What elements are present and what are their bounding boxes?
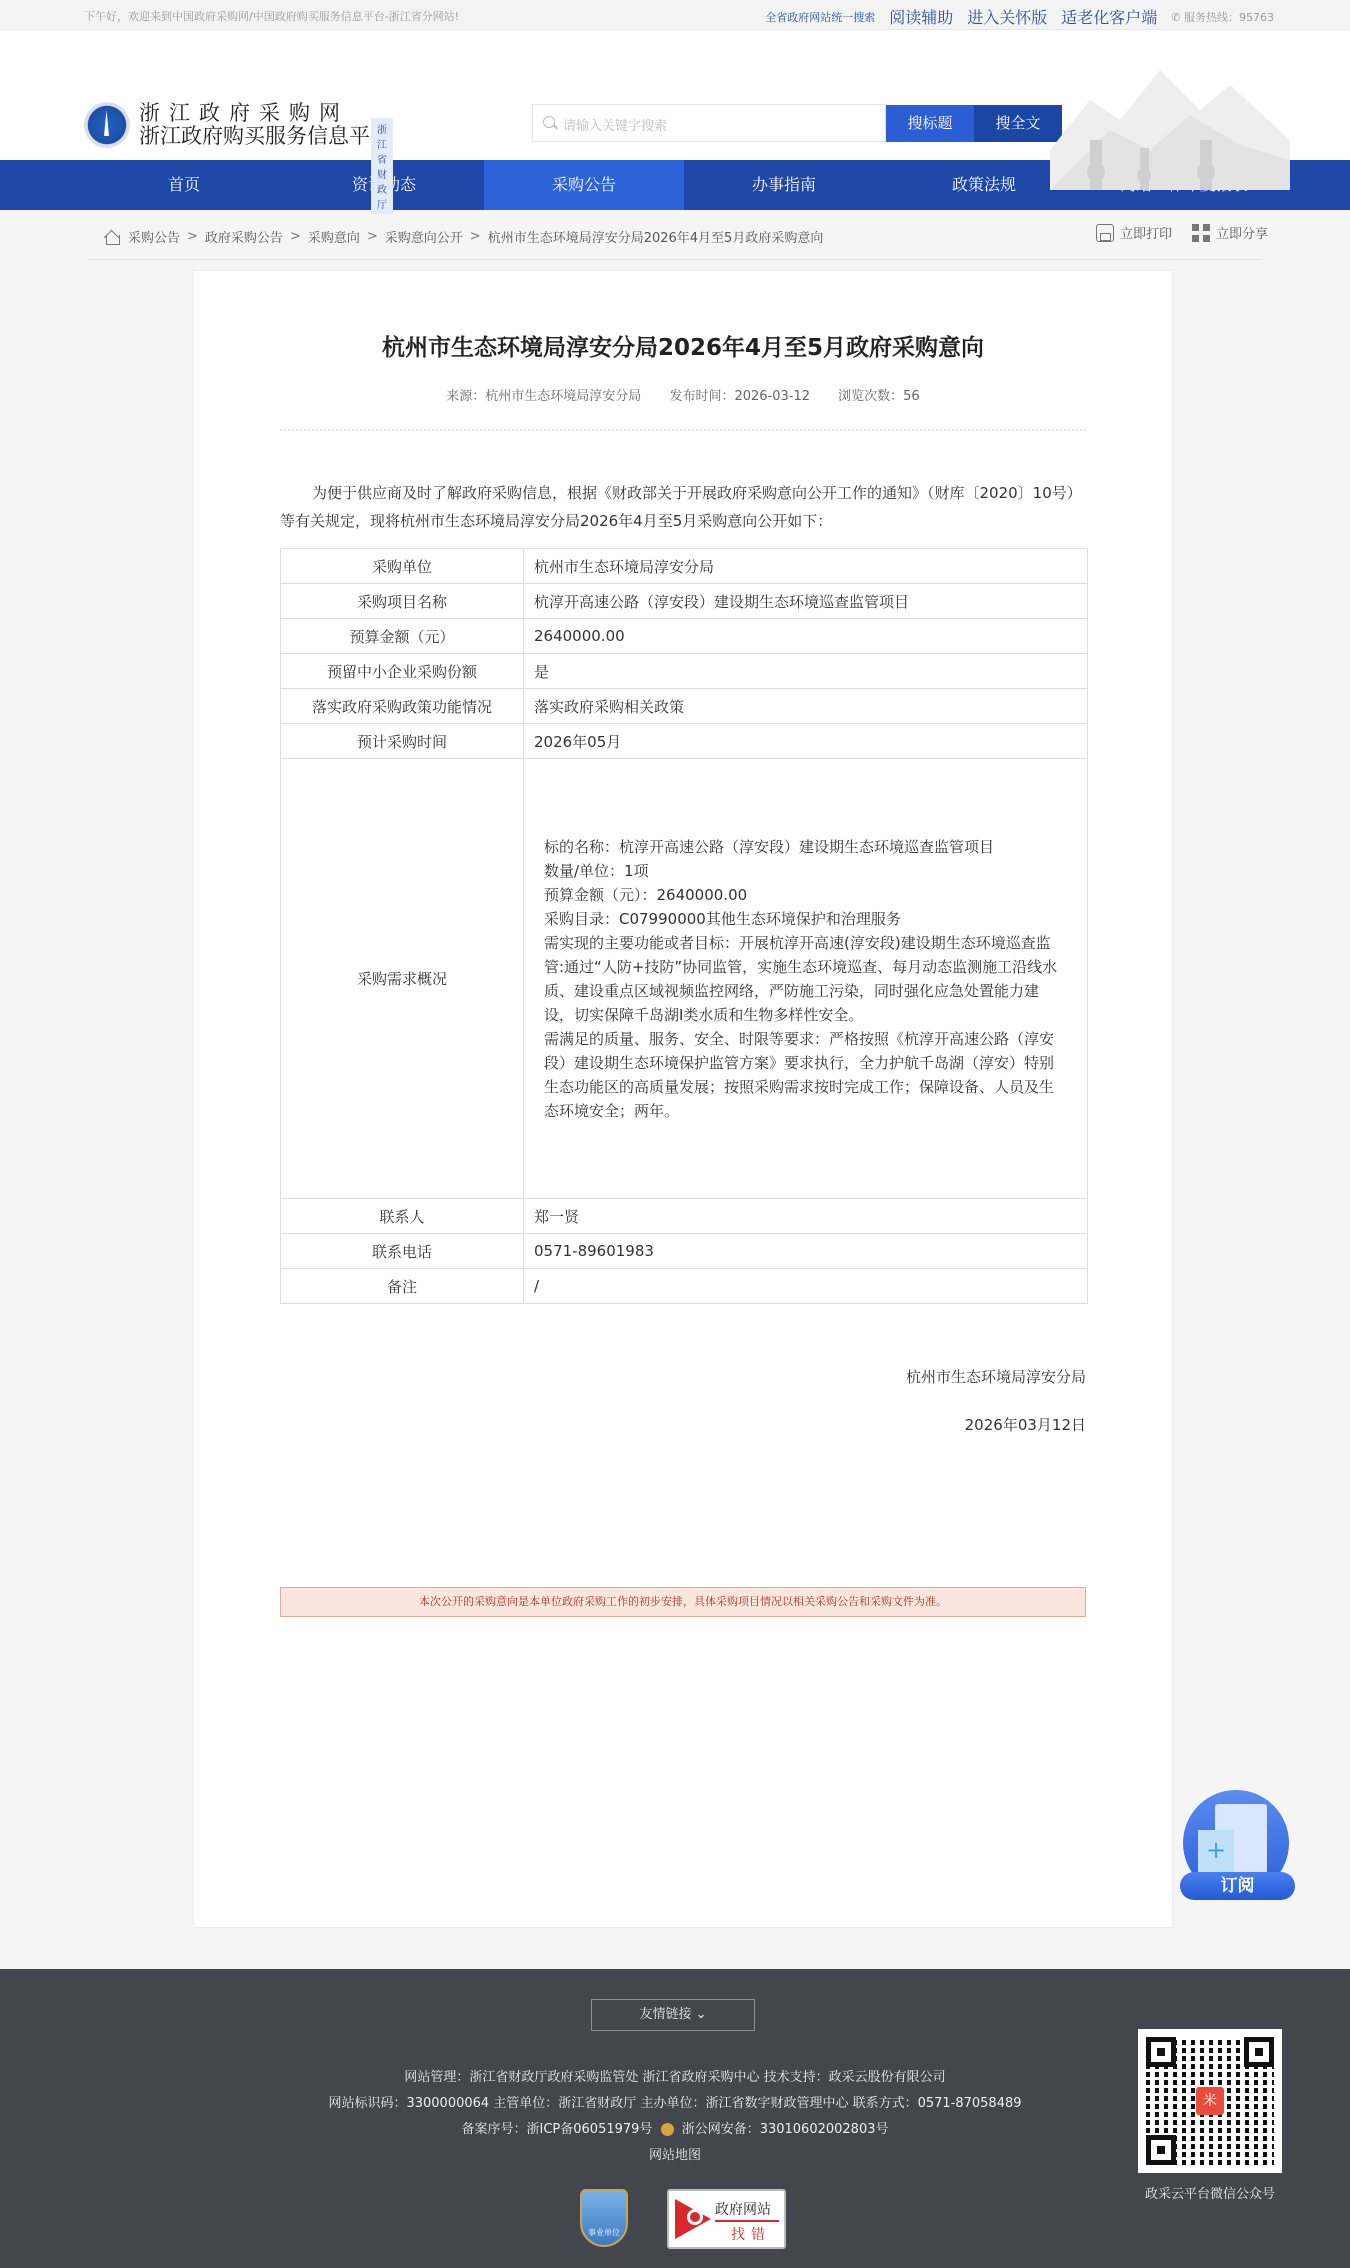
row-label: 采购项目名称 — [281, 584, 524, 619]
signature: 杭州市生态环境局淳安分局 2026年03月12日 — [906, 1353, 1086, 1449]
friend-links-dropdown[interactable]: 友情链接 ⌄ — [591, 1999, 755, 2031]
row-label: 预算金额（元） — [281, 619, 524, 654]
unified-search-link[interactable]: 全省政府网站统一搜索 — [765, 9, 875, 25]
disclaimer-notice: 本次公开的采购意向是本单位政府采购工作的初步安排，具体采购项目情况以相关采购公告… — [280, 1587, 1086, 1617]
row-value: 落实政府采购相关政策 — [524, 689, 1088, 724]
welcome-text: 下午好，欢迎来到中国政府采购网/中国政府购买服务信息平台-浙江省分网站! — [84, 8, 459, 24]
table-row: 采购需求概况标的名称：杭淳开高速公路（淳安段）建设期生态环境巡查监管项目数量/单… — [281, 759, 1088, 1199]
table-row: 采购单位杭州市生态环境局淳安分局 — [281, 549, 1088, 584]
nav-home[interactable]: 首页 — [84, 160, 284, 210]
sign-date: 2026年03月12日 — [906, 1401, 1086, 1449]
printer-icon — [1096, 224, 1114, 242]
icp-link[interactable]: 备案序号：浙ICP备06051979号 — [462, 2122, 653, 2137]
divider — [280, 429, 1086, 431]
sign-org: 杭州市生态环境局淳安分局 — [906, 1353, 1086, 1401]
row-value: / — [524, 1269, 1088, 1304]
site-header: 浙江政府采购网 浙江政府购买服务信息平台 浙江省财政厅 请输入关键字搜索 搜标题… — [0, 30, 1350, 160]
row-label: 采购单位 — [281, 549, 524, 584]
breadcrumb: 采购公告> 政府采购公告> 采购意向> 采购意向公开> 杭州市生态环境局淳安分局… — [104, 227, 823, 246]
procurement-info-table: 采购单位杭州市生态环境局淳安分局采购项目名称杭淳开高速公路（淳安段）建设期生态环… — [280, 548, 1088, 1304]
breadcrumb-current: 杭州市生态环境局淳安分局2026年4月至5月政府采购意向 — [488, 227, 824, 246]
table-row: 预算金额（元）2640000.00 — [281, 619, 1088, 654]
search-title-button[interactable]: 搜标题 — [886, 105, 974, 142]
row-label: 落实政府采购政策功能情况 — [281, 689, 524, 724]
nav-guide[interactable]: 办事指南 — [684, 160, 884, 210]
qr-caption: 政采云平台微信公众号 — [1130, 2183, 1290, 2202]
article-publish-date: 发布时间：2026-03-12 — [669, 389, 810, 404]
zcy-logo-icon: 米 — [1196, 2087, 1224, 2115]
gov-site-error-report-badge[interactable]: 政府网站 找错 — [667, 2189, 786, 2249]
home-icon[interactable] — [104, 229, 120, 244]
divider — [88, 259, 1262, 260]
mountain-pagoda-decoration — [1050, 60, 1290, 190]
row-value: 2026年05月 — [524, 724, 1088, 759]
department-badge: 浙江省财政厅 — [371, 118, 393, 214]
magnifier-icon — [687, 2209, 703, 2225]
phone-icon: ✆ — [1171, 11, 1184, 24]
row-label: 联系电话 — [281, 1234, 524, 1269]
nav-procurement[interactable]: 采购公告 — [484, 160, 684, 210]
plus-icon: + — [1198, 1830, 1234, 1874]
row-value: 郑一贤 — [524, 1199, 1088, 1234]
share-button[interactable]: 立即分享 — [1192, 223, 1268, 242]
article-intro: 为便于供应商及时了解政府采购信息，根据《财政部关于开展政府采购意向公开工作的通知… — [280, 479, 1086, 535]
table-row: 联系电话0571-89601983 — [281, 1234, 1088, 1269]
breadcrumb-bar: 采购公告> 政府采购公告> 采购意向> 采购意向公开> 杭州市生态环境局淳安分局… — [0, 210, 1350, 260]
row-label: 联系人 — [281, 1199, 524, 1234]
breadcrumb-item[interactable]: 政府采购公告 — [205, 227, 283, 246]
row-label: 预计采购时间 — [281, 724, 524, 759]
row-value: 标的名称：杭淳开高速公路（淳安段）建设期生态环境巡查监管项目数量/单位：1项预算… — [524, 759, 1088, 1199]
row-label: 预留中小企业采购份额 — [281, 654, 524, 689]
article-source: 来源：杭州市生态环境局淳安分局 — [446, 389, 641, 404]
row-value: 2640000.00 — [524, 619, 1088, 654]
breadcrumb-item[interactable]: 采购意向公开 — [385, 227, 463, 246]
subscribe-button[interactable]: + 订阅 — [1180, 1790, 1295, 1900]
print-button[interactable]: 立即打印 — [1096, 223, 1172, 242]
elderly-client-link[interactable]: 适老化客户端 — [1061, 5, 1157, 28]
table-row: 预计采购时间2026年05月 — [281, 724, 1088, 759]
public-institution-badge[interactable]: 事业单位 — [580, 2189, 628, 2247]
search-placeholder: 请输入关键字搜索 — [563, 115, 667, 134]
article-title: 杭州市生态环境局淳安分局2026年4月至5月政府采购意向 — [194, 329, 1172, 362]
wechat-qr-code: 米 — [1138, 2029, 1282, 2173]
chevron-down-icon: ⌄ — [696, 2007, 707, 2022]
site-footer: 友情链接 ⌄ 网站管理：浙江省财政厅政府采购监管处 浙江省政府采购中心 技术支持… — [0, 1969, 1350, 2268]
article-card: 杭州市生态环境局淳安分局2026年4月至5月政府采购意向 来源：杭州市生态环境局… — [193, 270, 1173, 1928]
breadcrumb-item[interactable]: 采购意向 — [308, 227, 360, 246]
police-record-link[interactable]: 浙公网安备：33010602002803号 — [682, 2122, 889, 2137]
logo-subtitle: 浙江政府购买服务信息平台 — [139, 125, 391, 148]
qr-share-icon — [1192, 224, 1210, 242]
row-value: 是 — [524, 654, 1088, 689]
breadcrumb-item[interactable]: 采购公告 — [128, 227, 180, 246]
search-input[interactable]: 请输入关键字搜索 — [532, 104, 886, 142]
row-label: 备注 — [281, 1269, 524, 1304]
table-row: 落实政府采购政策功能情况落实政府采购相关政策 — [281, 689, 1088, 724]
table-row: 备注/ — [281, 1269, 1088, 1304]
article-views: 浏览次数：56 — [838, 389, 920, 404]
subscribe-label: 订阅 — [1180, 1872, 1295, 1900]
top-bar: 下午好，欢迎来到中国政府采购网/中国政府购买服务信息平台-浙江省分网站! 全省政… — [0, 0, 1350, 30]
table-row: 采购项目名称杭淳开高速公路（淳安段）建设期生态环境巡查监管项目 — [281, 584, 1088, 619]
care-version-link[interactable]: 进入关怀版 — [967, 5, 1047, 28]
article-meta: 来源：杭州市生态环境局淳安分局 发布时间：2026-03-12 浏览次数：56 — [194, 385, 1172, 404]
police-emblem-icon — [661, 2123, 674, 2136]
row-value: 杭州市生态环境局淳安分局 — [524, 549, 1088, 584]
row-value: 杭淳开高速公路（淳安段）建设期生态环境巡查监管项目 — [524, 584, 1088, 619]
emblem-icon — [84, 102, 130, 148]
row-value: 0571-89601983 — [524, 1234, 1088, 1269]
logo-title: 浙江政府采购网 — [139, 102, 391, 125]
row-label: 采购需求概况 — [281, 759, 524, 1199]
hotline: ✆ 服务热线：95763 — [1171, 9, 1274, 25]
reading-assist-link[interactable]: 阅读辅助 — [889, 5, 953, 28]
table-row: 预留中小企业采购份额是 — [281, 654, 1088, 689]
search-icon — [543, 116, 555, 128]
search-fulltext-button[interactable]: 搜全文 — [974, 105, 1062, 142]
table-row: 联系人郑一贤 — [281, 1199, 1088, 1234]
